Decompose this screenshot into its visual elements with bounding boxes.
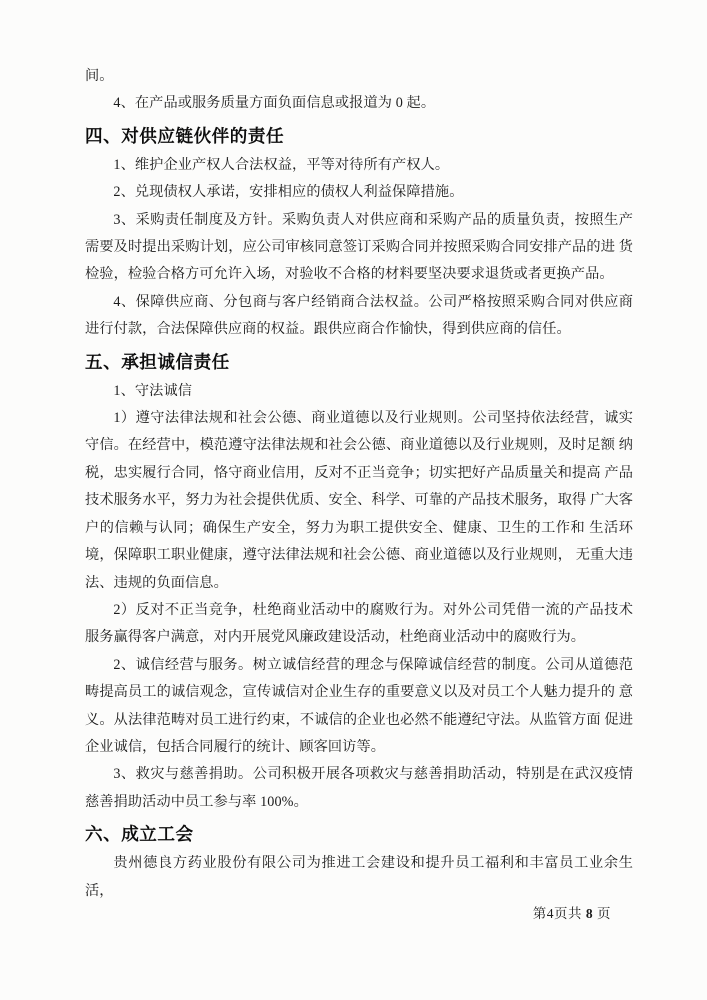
paragraph: 4、保障供应商、分包商与客户经销商合法权益。公司严格按照采购合同对供应商进行付款…	[85, 289, 633, 344]
paragraph: 2）反对不正当竞争，杜绝商业活动中的腐败行为。对外公司凭借一流的产品技术 服务赢…	[85, 597, 633, 652]
section-heading: 四、对供应链伙伴的责任	[85, 122, 633, 150]
paragraph: 3、采购责任制度及方针。采购负责人对供应商和采购产品的质量负责，按照生产需要及时…	[85, 207, 633, 289]
page-footer: 第4页共 8 页	[533, 902, 611, 922]
paragraph: 3、救灾与慈善捐助。公司积极开展各项救灾与慈善捐助活动，特别是在武汉疫情慈善捐助…	[85, 761, 633, 816]
paragraph: 1）遵守法律法规和社会公德、商业道德以及行业规则。公司坚持依法经营，诚实守信。在…	[85, 405, 633, 597]
section-heading: 六、成立工会	[85, 820, 633, 848]
paragraph: 间。	[85, 63, 633, 90]
paragraph: 4、在产品或服务质量方面负面信息或报道为 0 起。	[85, 90, 633, 117]
section-heading: 五、承担诚信责任	[85, 348, 633, 376]
paragraph: 1、维护企业产权人合法权益，平等对待所有产权人。	[85, 152, 633, 179]
paragraph: 贵州德良方药业股份有限公司为推进工会建设和提升员工福利和丰富员工业余生活，	[85, 850, 633, 905]
paragraph: 2、诚信经营与服务。树立诚信经营的理念与保障诚信经营的制度。公司从道德范 畴提高…	[85, 652, 633, 762]
paragraph: 2、兑现债权人承诺，安排相应的债权人利益保障措施。	[85, 179, 633, 206]
document-page: 间。4、在产品或服务质量方面负面信息或报道为 0 起。四、对供应链伙伴的责任1、…	[0, 0, 707, 1000]
page-footer-suffix: 页	[593, 906, 611, 921]
document-body: 间。4、在产品或服务质量方面负面信息或报道为 0 起。四、对供应链伙伴的责任1、…	[85, 63, 633, 905]
paragraph: 1、守法诚信	[85, 378, 633, 405]
page-footer-prefix: 第4页共	[533, 906, 586, 921]
